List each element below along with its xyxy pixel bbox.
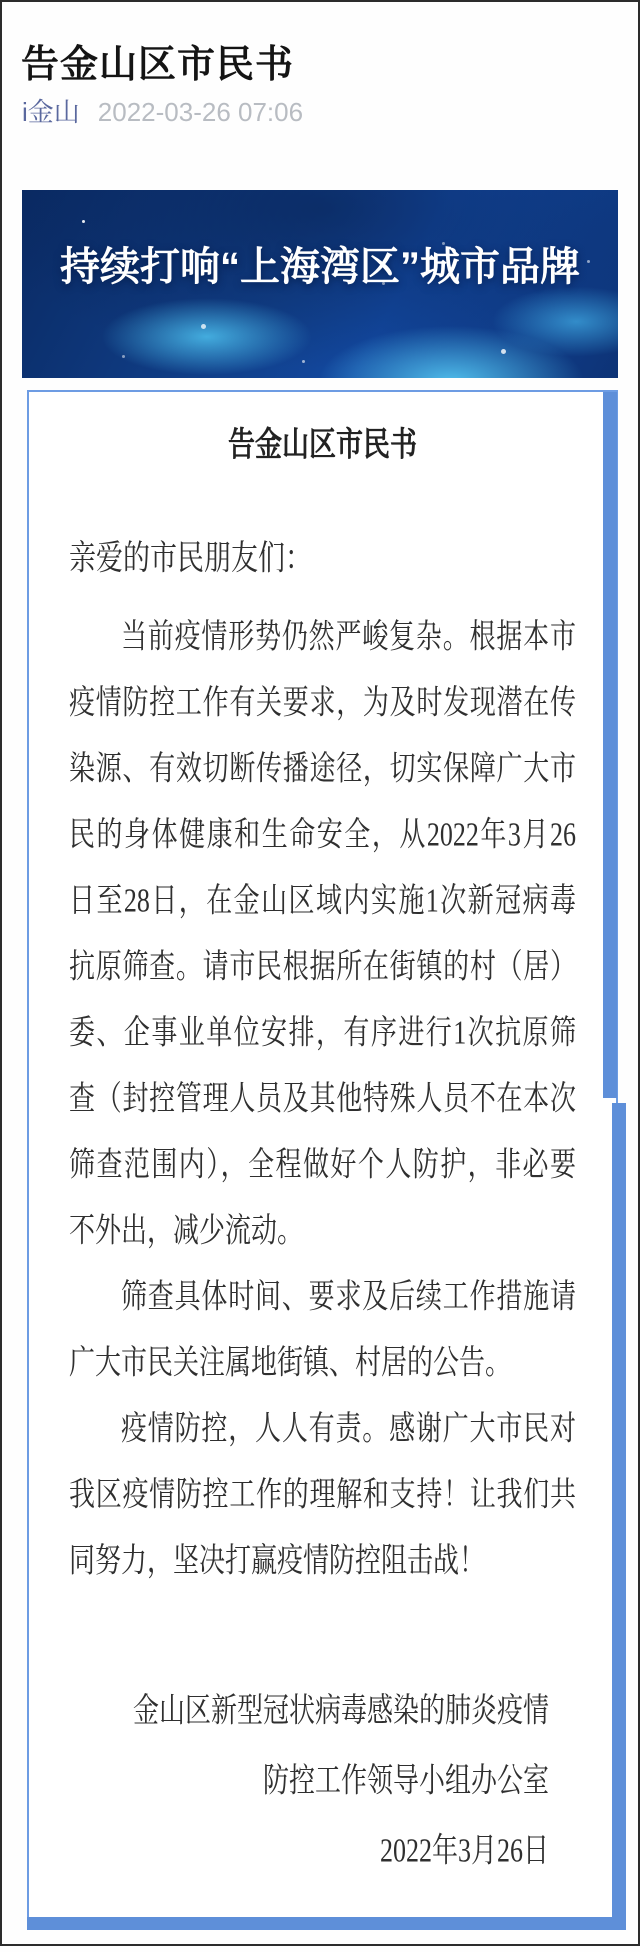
page-title: 告金山区市民书 bbox=[21, 41, 619, 89]
banner-image: 持续打响“上海湾区”城市品牌 bbox=[22, 190, 618, 378]
letter-line: 同努力，坚决打赢疫情防控阻击战！ bbox=[69, 1518, 576, 1604]
source-link[interactable]: i金山 bbox=[22, 96, 80, 128]
signature-line: 2022年3月26日 bbox=[69, 1806, 576, 1897]
banner-slogan: 持续打响“上海湾区”城市品牌 bbox=[22, 242, 618, 292]
article-page: 告金山区市民书 i金山 2022-03-26 07:06 持续打响“上海湾区”城… bbox=[0, 0, 640, 1952]
article-meta: i金山 2022-03-26 07:06 bbox=[22, 96, 303, 128]
letter-card: 告金山区市民书 亲爱的市民朋友们： 当前疫情形势仍然严峻复杂。根据本市疫情防控工… bbox=[27, 390, 618, 1930]
right-accent-bar-bottom bbox=[612, 1103, 626, 1930]
publish-timestamp: 2022-03-26 07:06 bbox=[98, 96, 303, 128]
right-accent-bar-top bbox=[603, 392, 617, 1098]
banner-stars-decoration bbox=[82, 220, 85, 223]
letter-signature: 金山区新型冠状病毒感染的肺炎疫情防控工作领导小组办公室2022年3月26日 bbox=[69, 1676, 576, 1886]
letter-paragraphs: 当前疫情形势仍然严峻复杂。根据本市疫情防控工作有关要求，为及时发现潜在传染源、有… bbox=[69, 604, 576, 1594]
letter-title: 告金山区市民书 bbox=[69, 419, 576, 469]
letter-salutation: 亲爱的市民朋友们： bbox=[69, 530, 576, 586]
bottom-accent-bar bbox=[27, 1917, 626, 1930]
